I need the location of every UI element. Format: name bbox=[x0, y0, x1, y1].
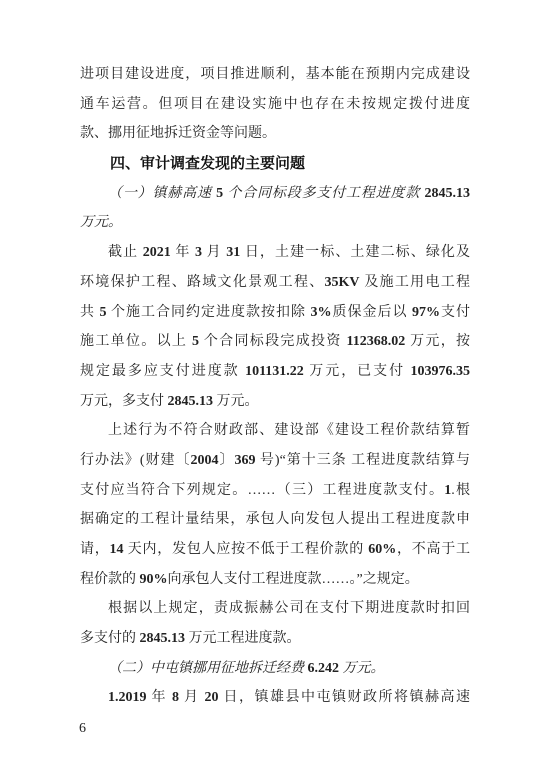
page-number: 6 bbox=[79, 714, 86, 744]
text-line: 多支付的 2845.13 万元工程进度款。 bbox=[80, 624, 470, 654]
text-line: 进项目建设进度，项目推进顺利，基本能在预期内完成建设 bbox=[80, 60, 470, 90]
text-line: 环境保护工程、路域文化景观工程、35KV 及施工用电工程 bbox=[80, 268, 470, 298]
text-line: 上述行为不符合财政部、建设部《建设工程价款结算暂 bbox=[80, 416, 470, 446]
text-line: 施工单位。以上 5 个合同标段完成投资 112368.02 万元，按 bbox=[80, 327, 470, 357]
text-line: 行办法》(财建〔2004〕369 号)“第十三条 工程进度款结算与 bbox=[80, 446, 470, 476]
text-line: 1.2019 年 8 月 20 日，镇雄县中屯镇财政所将镇赫高速 bbox=[80, 683, 470, 713]
document-body: 进项目建设进度，项目推进顺利，基本能在预期内完成建设通车运营。但项目在建设实施中… bbox=[80, 60, 470, 713]
text-line: 截止 2021 年 3 月 31 日，土建一标、土建二标、绿化及 bbox=[80, 238, 470, 268]
text-line: 根据以上规定，责成振赫公司在支付下期进度款时扣回 bbox=[80, 594, 470, 624]
text-line: 规定最多应支付进度款 101131.22 万元，已支付 103976.35 bbox=[80, 357, 470, 387]
section-heading: 四、审计调查发现的主要问题 bbox=[80, 149, 470, 179]
text-line: 万元。 bbox=[80, 208, 470, 238]
text-line: （二）中屯镇挪用征地拆迁经费 6.242 万元。 bbox=[80, 654, 470, 684]
text-line: （一）镇赫高速 5 个合同标段多支付工程进度款 2845.13 bbox=[80, 179, 470, 209]
text-line: 共 5 个施工合同约定进度款按扣除 3%质保金后以 97%支付 bbox=[80, 298, 470, 328]
text-line: 程价款的 90%向承包人支付工程进度款……。”之规定。 bbox=[80, 565, 470, 595]
text-line: 据确定的工程计量结果，承包人向发包人提出工程进度款申 bbox=[80, 505, 470, 535]
document-page: 进项目建设进度，项目推进顺利，基本能在预期内完成建设通车运营。但项目在建设实施中… bbox=[0, 0, 550, 778]
text-line: 通车运营。但项目在建设实施中也存在未按规定拨付进度 bbox=[80, 90, 470, 120]
text-line: 支付应当符合下列规定。……（三）工程进度款支付。1.根 bbox=[80, 476, 470, 506]
text-line: 请，14 天内，发包人应按不低于工程价款的 60%，不高于工 bbox=[80, 535, 470, 565]
text-line: 万元，多支付 2845.13 万元。 bbox=[80, 387, 470, 417]
text-line: 款、挪用征地拆迁资金等问题。 bbox=[80, 119, 470, 149]
